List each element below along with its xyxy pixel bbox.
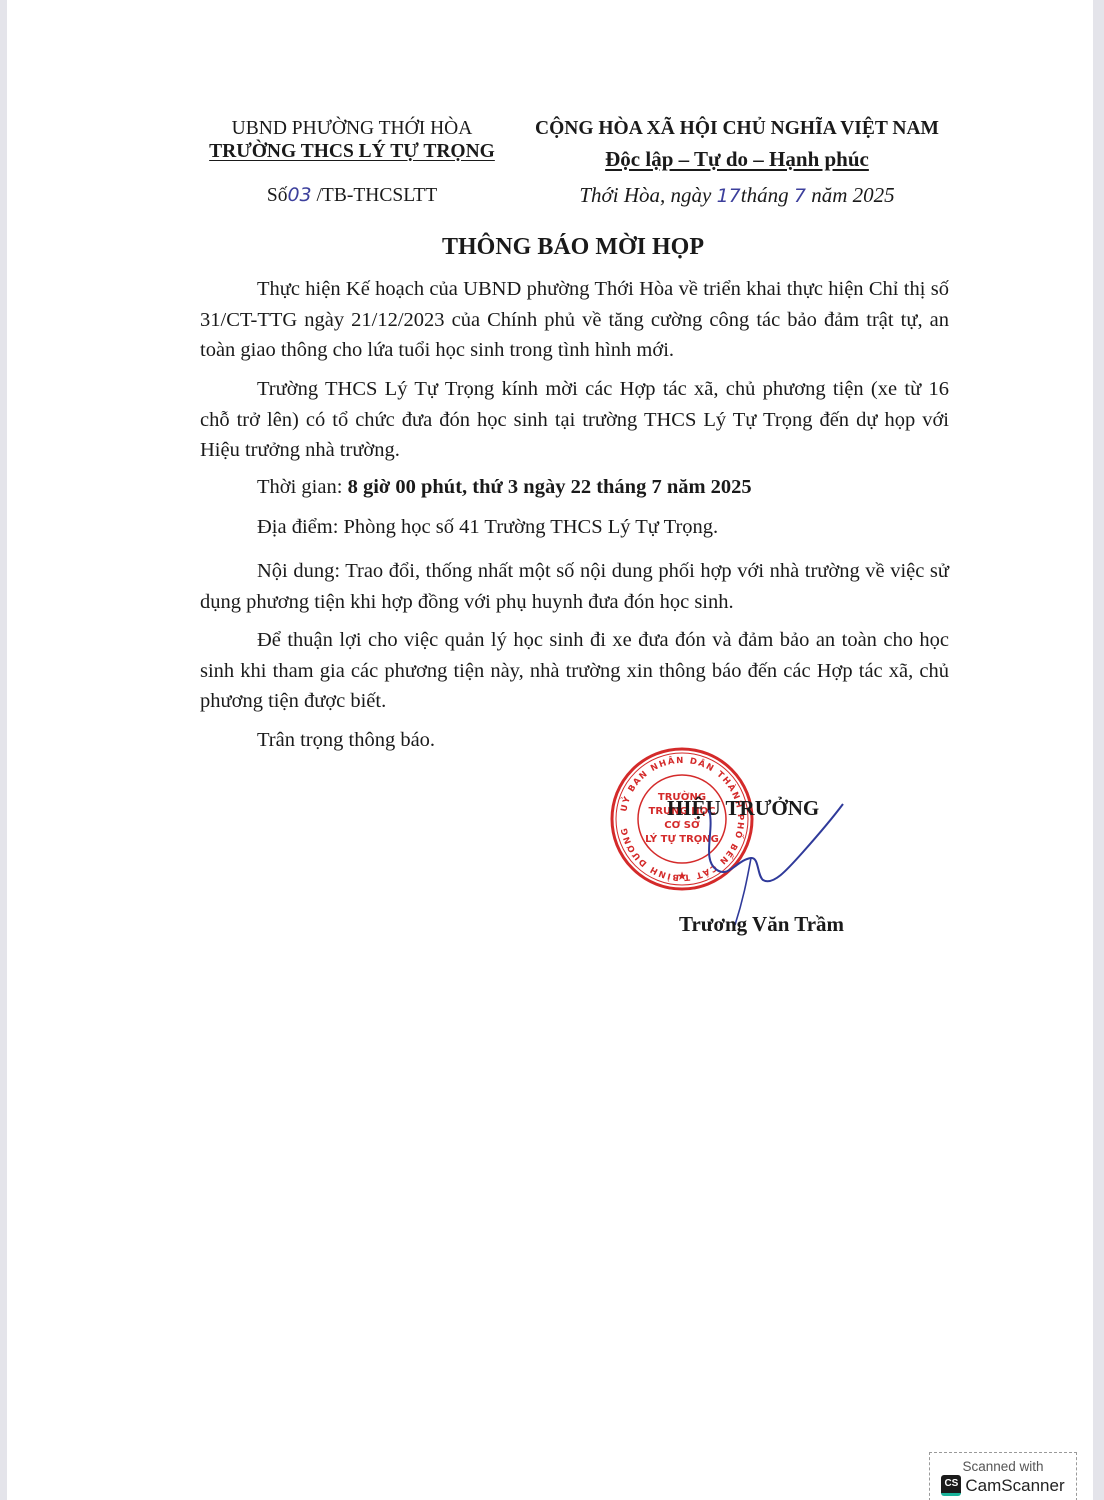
signatory-name: Trương Văn Trầm bbox=[679, 912, 844, 937]
issuing-authority: UBND PHƯỜNG THỚI HÒA bbox=[197, 118, 507, 140]
svg-text:★: ★ bbox=[677, 869, 688, 883]
closing-line: Trân trọng thông báo. bbox=[257, 729, 435, 752]
handwritten-signature-icon bbox=[707, 800, 847, 930]
paragraph-purpose: Để thuận lợi cho việc quản lý học sinh đ… bbox=[200, 625, 949, 717]
national-motto: Độc lập – Tự do – Hạnh phúc bbox=[517, 147, 957, 172]
paragraph-intro: Thực hiện Kế hoạch của UBND phường Thới … bbox=[200, 274, 949, 366]
camscanner-logo-icon: CS bbox=[941, 1475, 961, 1496]
school-name: TRƯỜNG THCS LÝ TỰ TRỌNG bbox=[197, 141, 507, 163]
document-title: THÔNG BÁO MỜI HỌP bbox=[197, 234, 949, 261]
handwritten-number: 03 bbox=[287, 184, 311, 206]
nation-name: CỘNG HÒA XÃ HỘI CHỦ NGHĨA VIỆT NAM bbox=[517, 118, 957, 140]
meeting-content: Nội dung: Trao đổi, thống nhất một số nộ… bbox=[200, 556, 949, 617]
place-date: Thới Hòa, ngày 17tháng 7 năm 2025 bbox=[517, 183, 957, 208]
camscanner-brand: CamScanner bbox=[965, 1476, 1064, 1496]
camscanner-watermark: Scanned with CS CamScanner bbox=[929, 1452, 1077, 1500]
paragraph-invitation: Trường THCS Lý Tự Trọng kính mời các Hợp… bbox=[200, 374, 949, 466]
document-number: Số03 /TB-THCSLTT bbox=[197, 184, 507, 207]
handwritten-month: 7 bbox=[794, 185, 806, 207]
meeting-location: Địa điểm: Phòng học số 41 Trường THCS Lý… bbox=[257, 516, 718, 539]
meeting-time: Thời gian: 8 giờ 00 phút, thứ 3 ngày 22 … bbox=[257, 476, 752, 499]
document-page: UBND PHƯỜNG THỚI HÒA TRƯỜNG THCS LÝ TỰ T… bbox=[7, 0, 1093, 1500]
handwritten-day: 17 bbox=[717, 185, 741, 207]
